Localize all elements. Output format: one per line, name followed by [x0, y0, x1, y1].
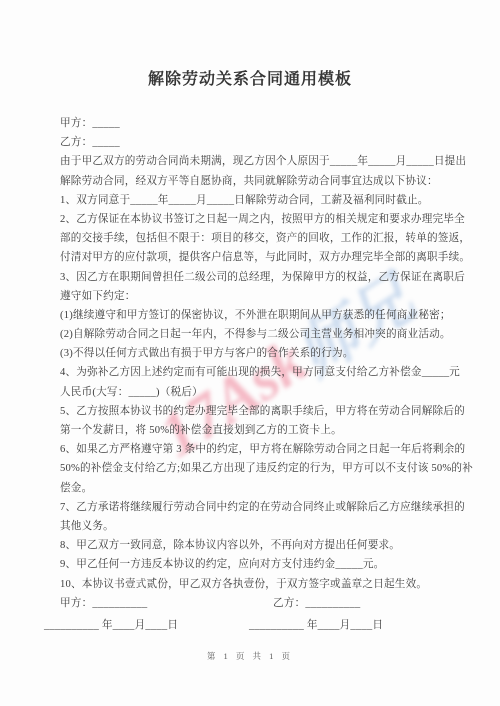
agreement-clause-line: 5、乙方按照本协议书的约定办理完毕全部的离职手续后，甲方将在劳动合同解除后的 — [60, 402, 452, 421]
party-b-signature-line: 乙方：__________ — [273, 594, 460, 613]
party-b-date-line: __________ 年____月____日 — [249, 616, 470, 635]
agreement-clause-line: 4、为弥补乙方因上述约定而有可能出现的损失，甲方同意支付给乙方补偿金_____元 — [60, 363, 452, 382]
agreement-clause-line: 1、双方同意于_____年_____月_____日解除劳动合同，工薪及福利同时截… — [60, 191, 452, 210]
agreement-clause-line: 其他义务。 — [60, 517, 452, 536]
signature-row: 甲方：__________ 乙方：__________ — [60, 594, 460, 613]
document-body: 甲方：_____乙方：_____ 由于甲乙双方的劳动合同尚未期满，现乙方因个人原… — [60, 114, 452, 594]
agreement-clause-line: 由于甲乙双方的劳动合同尚未期满，现乙方因个人原因于_____年_____月___… — [60, 152, 452, 171]
agreement-clause-line: 人民币(大写：_____)（税后） — [60, 383, 452, 402]
contract-document-page: 17Ask 师兄 解除劳动关系合同通用模板 甲方：_____乙方：_____ 由… — [0, 0, 500, 706]
party-header-line: 乙方：_____ — [60, 133, 452, 152]
agreement-clause-line: (3)不得以任何方式做出有损于甲方与客户的合作关系的行为。 — [60, 344, 452, 363]
agreement-clause-line: 第一个发薪日，将 50%的补偿金直接划到乙方的工资卡上。 — [60, 421, 452, 440]
agreement-clause-line: 遵守如下约定： — [60, 287, 452, 306]
agreement-clause-line: 6、如果乙方严格遵守第 3 条中的约定，甲方将在解除劳动合同之日起一年后将剩余的 — [60, 440, 452, 459]
agreement-clause-line: 8、甲乙双方一致同意，除本协议内容以外，不再向对方提出任何要求。 — [60, 536, 452, 555]
document-title: 解除劳动关系合同通用模板 — [0, 66, 500, 89]
agreement-clause-line: 解除劳动合同，经双方平等自愿协商，共同就解除劳动合同事宜达成以下协议： — [60, 172, 452, 191]
date-row: __________ 年____月____日 __________ 年____月… — [44, 616, 470, 635]
agreement-clause-line: 50%的补偿金支付给乙方;如果乙方出现了违反约定的行为，甲方可以不支付该 50%… — [60, 459, 452, 478]
party-header-line: 甲方：_____ — [60, 114, 452, 133]
agreement-clause-line: 9、甲乙任何一方违反本协议的约定，应向对方支付违约金_____元。 — [60, 555, 452, 574]
agreement-clause-lines: 由于甲乙双方的劳动合同尚未期满，现乙方因个人原因于_____年_____月___… — [60, 152, 452, 593]
party-a-date-line: __________ 年____月____日 — [44, 616, 249, 635]
agreement-clause-line: 3、因乙方在职期间曾担任二级公司的总经理，为保障甲方的权益，乙方保证在离职后 — [60, 268, 452, 287]
agreement-clause-line: 10、本协议书壹式贰份，甲乙双方各执壹份，于双方签字或盖章之日起生效。 — [60, 575, 452, 594]
page-number-footer: 第 1 页 共 1 页 — [0, 650, 500, 662]
agreement-clause-line: 7、乙方承诺将继续履行劳动合同中约定的在劳动合同终止或解除后乙方应继续承担的 — [60, 498, 452, 517]
agreement-clause-line: 部的交接手续，包括但不限于：项目的移交，资产的回收，工作的汇报，转单的签返， — [60, 229, 452, 248]
agreement-clause-line: 付清对甲方的应付款项，提供客户信息等，与此同时，双方办理完毕全部的离职手续。 — [60, 248, 452, 267]
party-a-signature-line: 甲方：__________ — [60, 594, 273, 613]
agreement-clause-line: 偿金。 — [60, 479, 452, 498]
agreement-clause-line: (2)自解除劳动合同之日起一年内，不得参与二级公司主营业务相冲突的商业活动。 — [60, 325, 452, 344]
party-header-lines: 甲方：_____乙方：_____ — [60, 114, 452, 152]
agreement-clause-line: 2、乙方保证在本协议书签订之日起一周之内，按照甲方的相关规定和要求办理完毕全 — [60, 210, 452, 229]
agreement-clause-line: (1)继续遵守和甲方签订的保密协议，不外泄在职期间从甲方获悉的任何商业秘密； — [60, 306, 452, 325]
